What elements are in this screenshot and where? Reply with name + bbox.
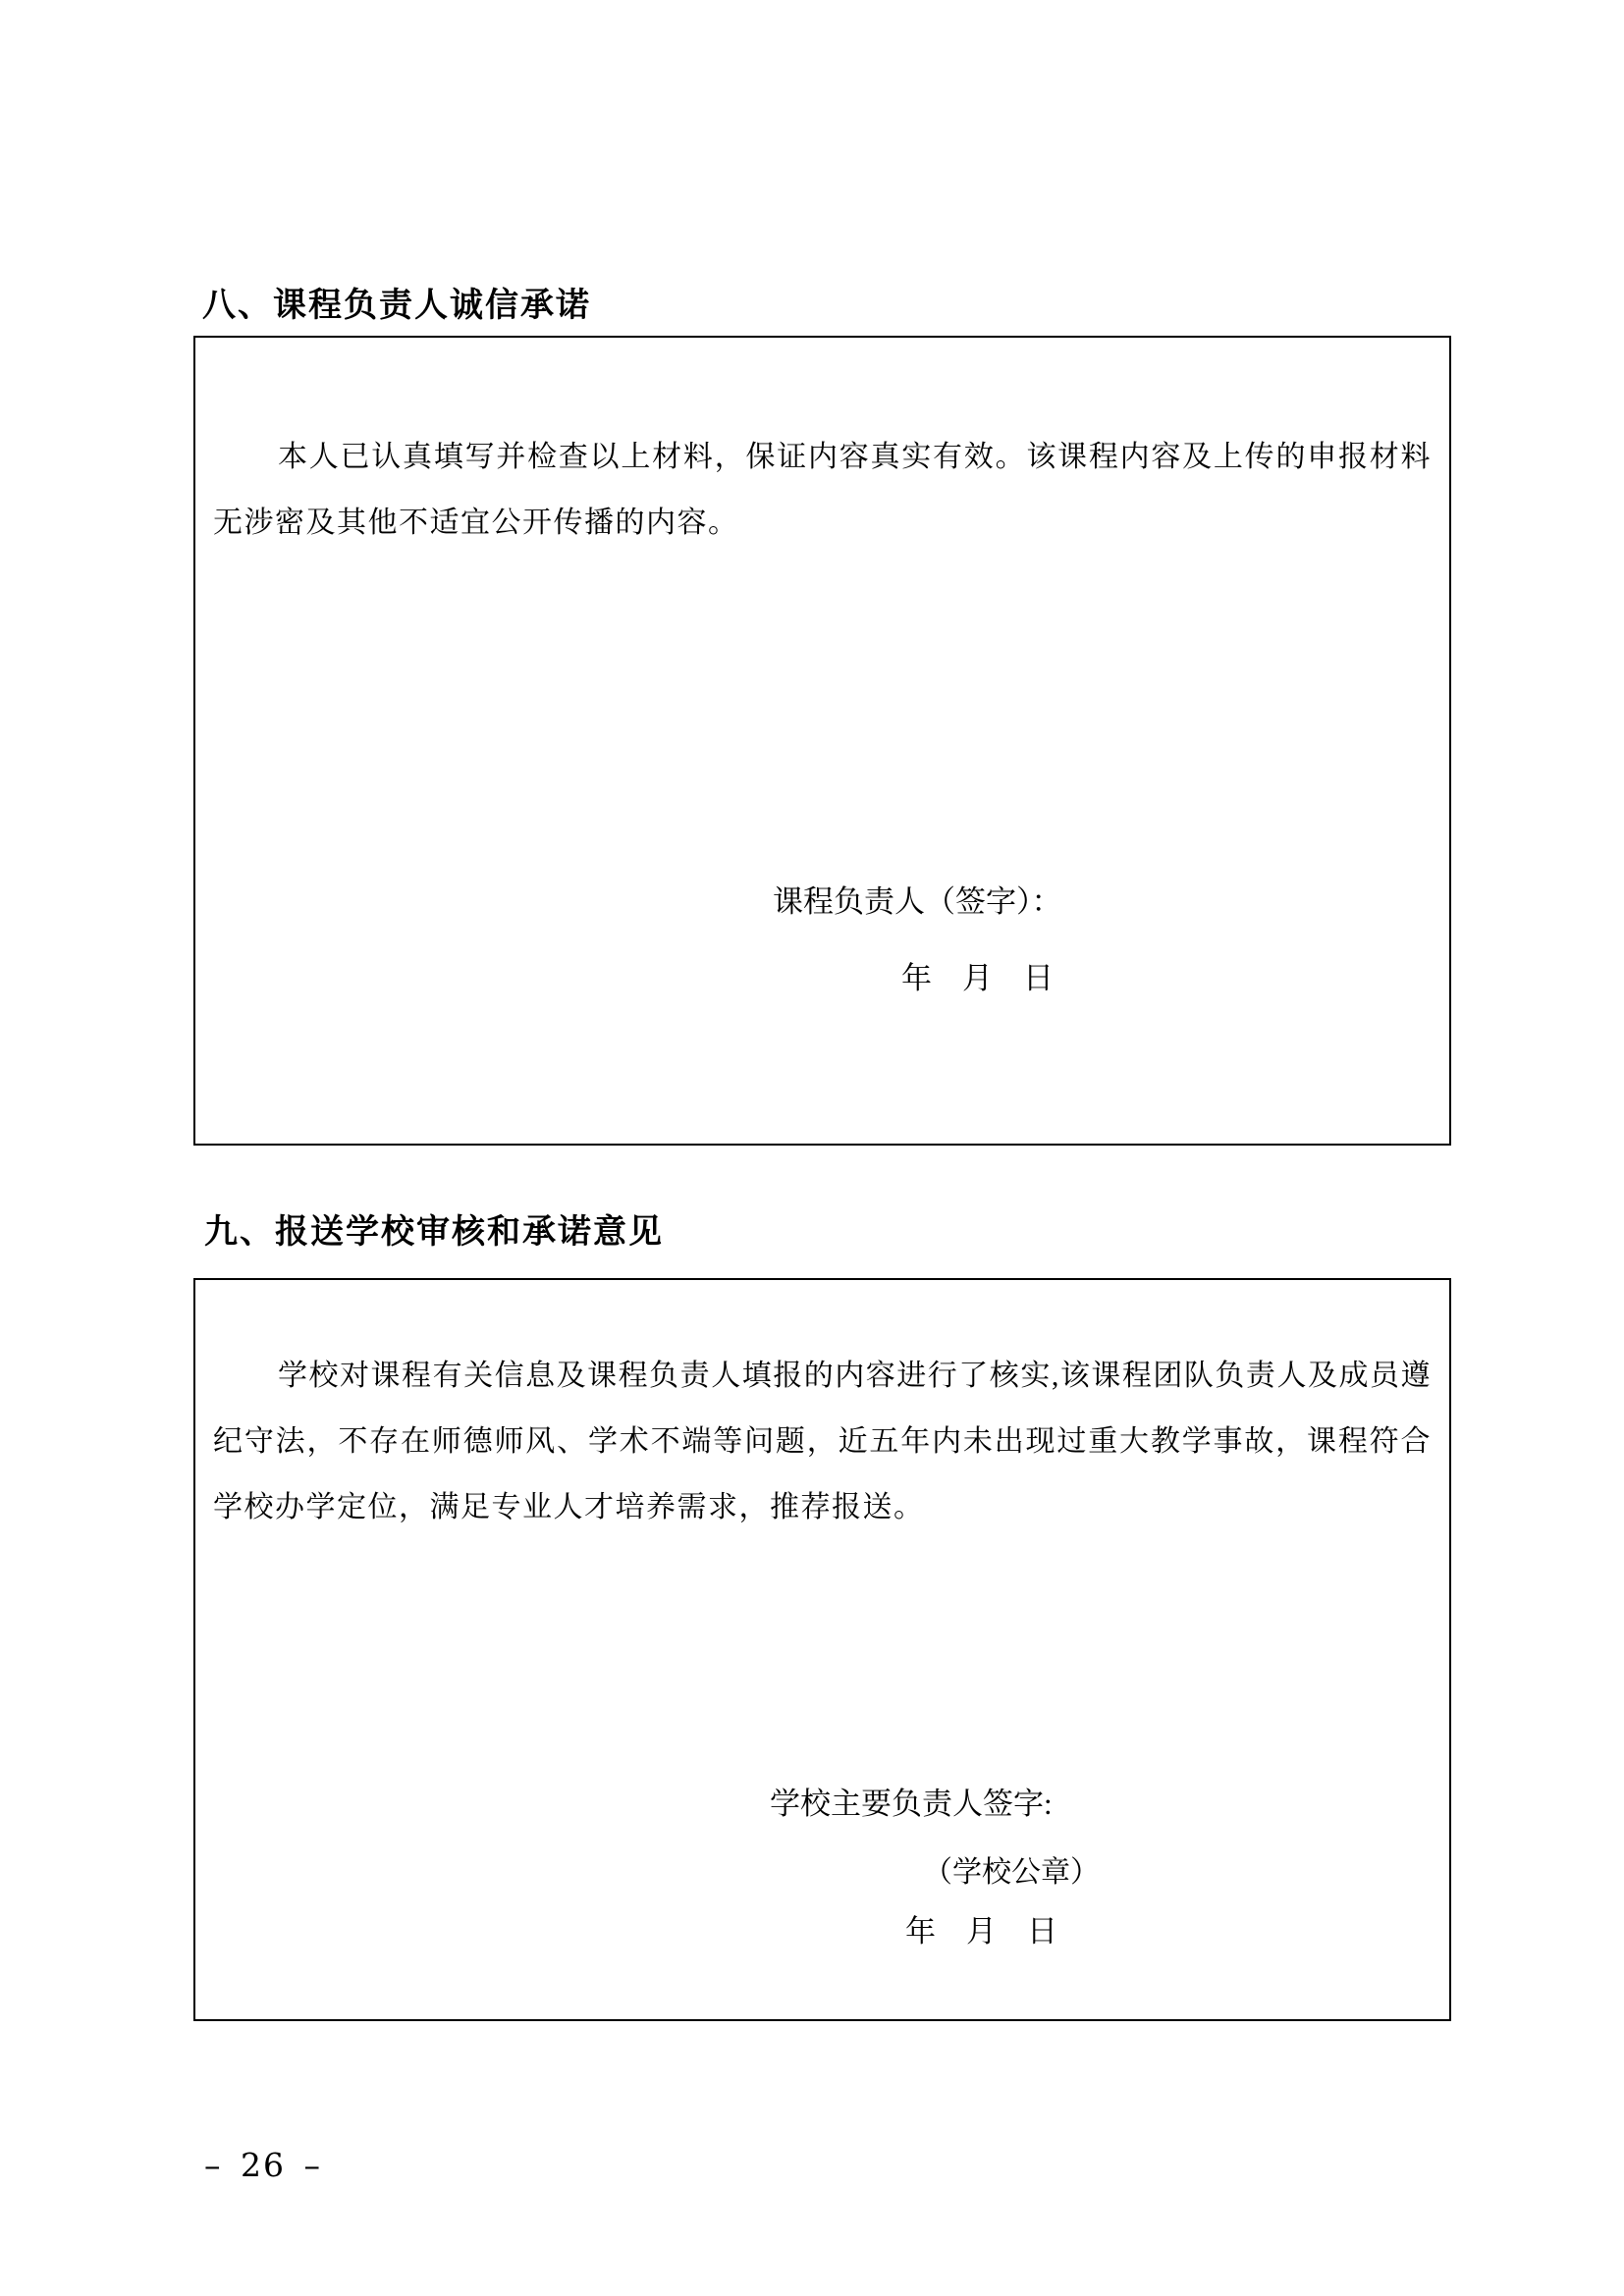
- section-8-heading: 八、课程负责人诚信承诺: [202, 283, 591, 328]
- school-review-statement: 学校对课程有关信息及课程负责人填报的内容进行了核实,该课程团队负责人及成员遵纪守…: [213, 1343, 1432, 1540]
- section-9-heading: 九、报送学校审核和承诺意见: [204, 1209, 664, 1255]
- course-leader-signature-label: 课程负责人（签字）：: [773, 883, 1062, 921]
- document-page: 八、课程负责人诚信承诺 本人已认真填写并检查以上材料，保证内容真实有效。该课程内…: [0, 0, 1624, 2296]
- page-number: – 26 –: [204, 2146, 322, 2184]
- school-head-signature-label: 学校主要负责人签字:: [770, 1786, 1053, 1823]
- school-seal-note: （学校公章）: [923, 1854, 1100, 1892]
- integrity-commitment-box: 本人已认真填写并检查以上材料，保证内容真实有效。该课程内容及上传的申报材料无涉密…: [193, 336, 1451, 1146]
- date-line: 年 月 日: [905, 1913, 1057, 1950]
- school-review-box: 学校对课程有关信息及课程负责人填报的内容进行了核实,该课程团队负责人及成员遵纪守…: [193, 1278, 1451, 2021]
- commitment-statement: 本人已认真填写并检查以上材料，保证内容真实有效。该课程内容及上传的申报材料无涉密…: [213, 424, 1432, 556]
- date-line: 年 月 日: [901, 960, 1054, 997]
